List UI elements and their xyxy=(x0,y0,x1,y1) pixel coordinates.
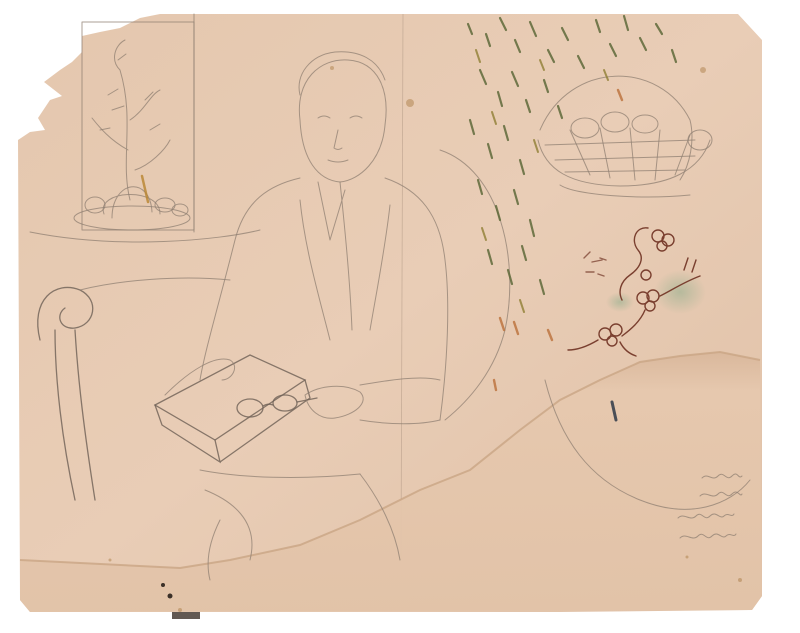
artwork xyxy=(0,0,800,633)
